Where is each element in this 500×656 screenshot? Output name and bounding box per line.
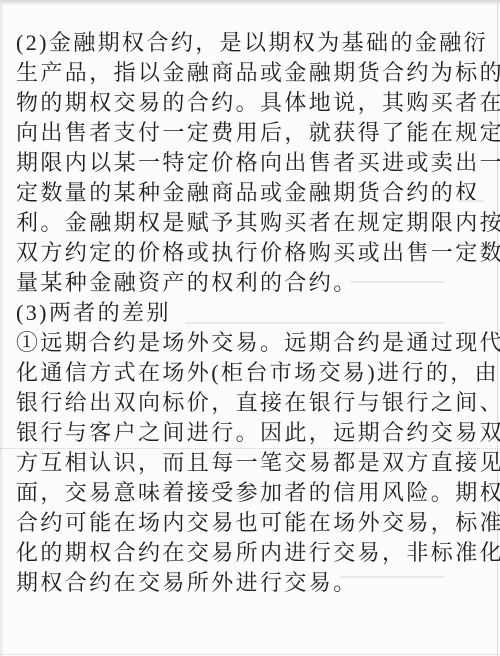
scan-artifact-streak (185, 322, 445, 324)
text-line: 合约可能在场内交易也可能在场外交易，标准 (16, 508, 486, 538)
text-line: 向出售者支付一定费用后，就获得了能在规定 (16, 118, 486, 148)
text-line: 方互相认识，而且每一笔交易都是双方直接见 (16, 448, 486, 478)
text-line: 期权合约在交易所外进行交易。 (16, 568, 486, 598)
text-line: (2)金融期权合约，是以期权为基础的金融衍 (16, 28, 486, 58)
text-line: 银行给出双向标价，直接在银行与银行之间、 (16, 388, 486, 418)
text-line: ①远期合约是场外交易。远期合约是通过现代 (16, 328, 486, 358)
text-line: 双方约定的价格或执行价格购买或出售一定数 (16, 238, 486, 268)
text-line: 化通信方式在场外(柜台市场交易)进行的，由 (16, 358, 486, 388)
text-line: 生产品，指以金融商品或金融期货合约为标的 (16, 58, 486, 88)
text-line: 期限内以某一特定价格向出售者买进或卖出一 (16, 148, 486, 178)
scan-artifact-streak (340, 576, 445, 578)
scan-artifact-streak (350, 281, 445, 283)
text-line: 物的期权交易的合约。具体地说，其购买者在 (16, 88, 486, 118)
page-bottom-edge-line (0, 654, 500, 655)
scan-artifact-streak (458, 200, 484, 202)
text-line: 化的期权合约在交易所内进行交易，非标准化 (16, 538, 486, 568)
text-line: 面，交易意味着接受参加者的信用风险。期权 (16, 478, 486, 508)
text-line: 量某种金融资产的权利的合约。 (16, 268, 486, 298)
text-line: 定数量的某种金融商品或金融期货合约的权 (16, 178, 486, 208)
document-page: (2)金融期权合约，是以期权为基础的金融衍生产品，指以金融商品或金融期货合约为标… (0, 0, 500, 656)
scan-artifact-dotted-line (0, 448, 500, 449)
text-line: 利。金融期权是赋予其购买者在规定期限内按 (16, 208, 486, 238)
text-line: 银行与客户之间进行。因此，远期合约交易双 (16, 418, 486, 448)
page-top-edge-shade (0, 0, 500, 5)
text-lines: (2)金融期权合约，是以期权为基础的金融衍生产品，指以金融商品或金融期货合约为标… (0, 28, 500, 598)
